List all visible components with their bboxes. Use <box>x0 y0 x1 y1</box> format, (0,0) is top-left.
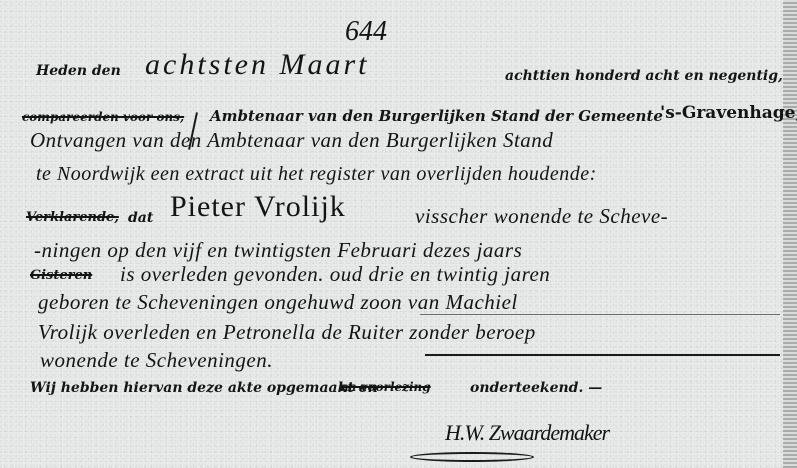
fill-line <box>420 314 780 315</box>
printed-text: onderteekend. — <box>470 380 602 396</box>
signature-flourish <box>410 452 534 462</box>
line-1: Heden den <box>36 62 121 80</box>
printed-text: Heden den <box>36 63 121 79</box>
struck-text: Gisteren <box>30 268 92 283</box>
printed-year: achttien honderd acht en negentig, <box>505 68 783 84</box>
handwritten-line-4: te Noordwijk een extract uit het registe… <box>36 163 597 186</box>
printed-text: dat <box>128 210 153 226</box>
page-number: 644 <box>345 16 387 48</box>
handwritten-occupation: visscher wonende te Scheve- <box>415 204 668 229</box>
civil-registry-death-record: 644 Heden den achtsten Maart achttien ho… <box>0 0 797 468</box>
municipality: 's-Gravenhage, <box>660 103 797 123</box>
handwritten-date: achtsten Maart <box>145 48 369 82</box>
handwritten-line-10: wonende te Scheveningen. <box>40 348 273 373</box>
struck-text: compareerden voor ons, <box>22 110 184 124</box>
scan-edge <box>783 0 797 468</box>
struck-text: Verklarende, <box>26 210 119 225</box>
handwritten-line-8: geboren te Scheveningen ongehuwd zoon va… <box>38 290 518 315</box>
official-signature: H.W. Zwaardemaker <box>445 420 609 446</box>
deceased-name: Pieter Vrolijk <box>170 190 346 224</box>
handwritten-line-6: -ningen op den vijf en twintigsten Febru… <box>34 238 522 263</box>
printed-official: Ambtenaar van den Burgerlijken Stand der… <box>210 107 663 125</box>
handwritten-line-3: Ontvangen van den Ambtenaar van den Burg… <box>30 128 553 153</box>
struck-text: na voorlezing <box>340 380 431 394</box>
fill-line <box>425 354 780 356</box>
handwritten-line-7: is overleden gevonden. oud drie en twint… <box>120 262 550 287</box>
printed-closing: Wij hebben hiervan deze akte opgemaakt e… <box>30 380 378 396</box>
handwritten-line-9: Vrolijk overleden en Petronella de Ruite… <box>38 320 536 345</box>
